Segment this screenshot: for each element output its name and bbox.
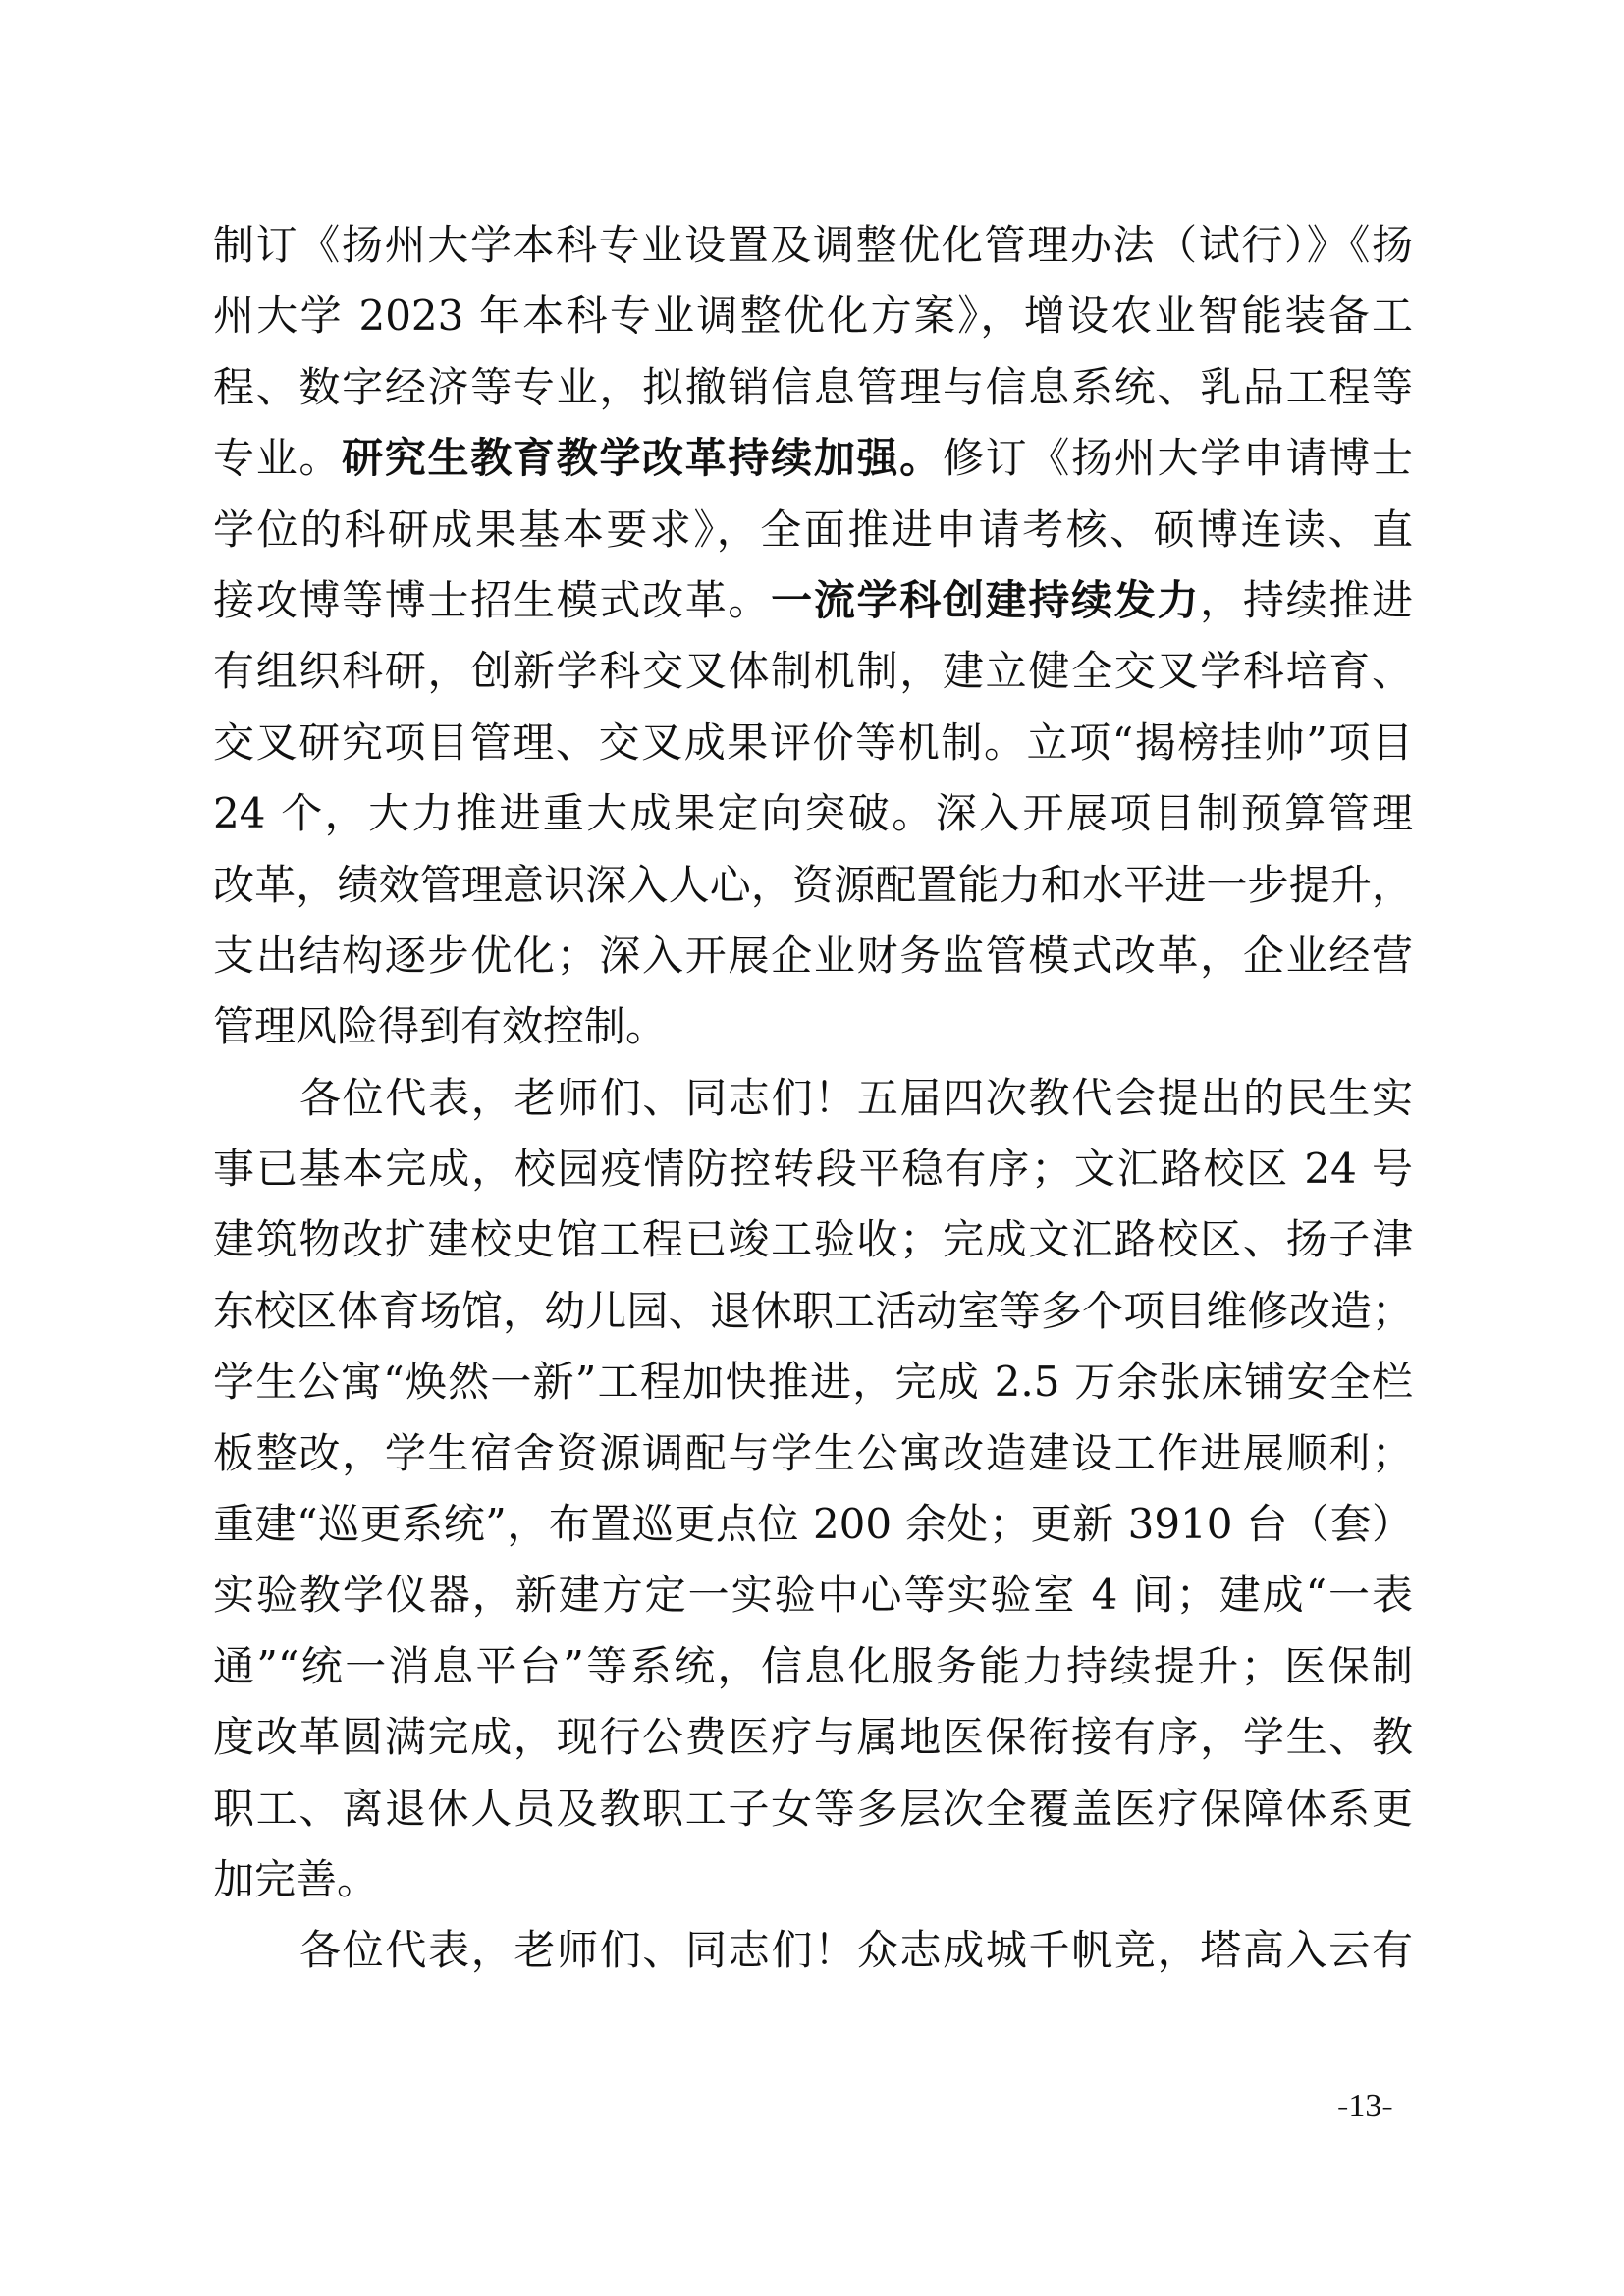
text-segment: 程、数字经济等专业，拟撤销信息管理与信息系统、乳品工程等 [213,363,1413,411]
text-line: 程、数字经济等专业，拟撤销信息管理与信息系统、乳品工程等 [213,352,1413,423]
text-line: 板整改，学生宿舍资源调配与学生公寓改造建设工作进展顺利； [213,1418,1413,1489]
text-line: 东校区体育场馆，幼儿园、退休职工活动室等多个项目维修改造； [213,1276,1413,1347]
text-line: 事已基本完成，校园疫情防控转段平稳有序；文汇路校区 24 号 [213,1134,1413,1204]
text-segment: 有组织科研，创新学科交叉体制机制，建立健全交叉学科培育、 [213,647,1413,695]
text-segment: 支出结构逐步优化；深入开展企业财务监管模式改革，企业经营 [213,932,1413,980]
text-line: 学位的科研成果基本要求》，全面推进申请考核、硕博连读、直 [213,495,1413,565]
text-segment: 管理风险得到有效控制。 [213,1002,667,1050]
text-line: 州大学 2023 年本科专业调整优化方案》，增设农业智能装备工 [213,281,1413,351]
text-segment: 各位代表，老师们、同志们！众志成城千帆竞，塔高入云有 [299,1926,1413,1974]
text-line: 有组织科研，创新学科交叉体制机制，建立健全交叉学科培育、 [213,636,1413,707]
text-segment: 学生公寓“焕然一新”工程加快推进，完成 2.5 万余张床铺安全栏 [213,1358,1413,1406]
text-segment: 制订《扬州大学本科专业设置及调整优化管理办法（试行）》《扬 [213,221,1413,269]
text-segment: 板整改，学生宿舍资源调配与学生公寓改造建设工作进展顺利； [213,1429,1413,1477]
text-line: 交叉研究项目管理、交叉成果评价等机制。立项“揭榜挂帅”项目 [213,708,1413,778]
text-segment: 度改革圆满完成，现行公费医疗与属地医保衔接有序，学生、教 [213,1713,1413,1761]
text-segment: 24 个，大力推进重大成果定向突破。深入开展项目制预算管理 [213,789,1413,837]
text-line: 学生公寓“焕然一新”工程加快推进，完成 2.5 万余张床铺安全栏 [213,1347,1413,1417]
text-line: 制订《扬州大学本科专业设置及调整优化管理办法（试行）》《扬 [213,210,1413,281]
text-line: 支出结构逐步优化；深入开展企业财务监管模式改革，企业经营 [213,921,1413,991]
bold-heading-phrase: 研究生教育教学改革持续加强。 [342,434,943,482]
text-line: 专业。研究生教育教学改革持续加强。修订《扬州大学申请博士 [213,423,1413,494]
text-line: 度改革圆满完成，现行公费医疗与属地医保衔接有序，学生、教 [213,1702,1413,1773]
bold-heading-phrase: 一流学科创建持续发力 [771,576,1200,624]
text-line: 加完善。 [213,1844,1413,1915]
document-page: 制订《扬州大学本科专业设置及调整优化管理办法（试行）》《扬州大学 2023 年本… [0,0,1624,2296]
text-segment: 实验教学仪器，新建方定一实验中心等实验室 4 间；建成“一表 [213,1571,1413,1619]
text-segment: 州大学 2023 年本科专业调整优化方案》，增设农业智能装备工 [213,292,1413,340]
text-segment: 东校区体育场馆，幼儿园、退休职工活动室等多个项目维修改造； [213,1287,1413,1335]
text-line: 管理风险得到有效控制。 [213,991,1413,1062]
text-segment: 通”“统一消息平台”等系统，信息化服务能力持续提升；医保制 [213,1642,1413,1690]
text-line: 职工、离退休人员及教职工子女等多层次全覆盖医疗保障体系更 [213,1774,1413,1844]
text-segment: 修订《扬州大学申请博士 [943,434,1413,482]
text-segment: 事已基本完成，校园疫情防控转段平稳有序；文汇路校区 24 号 [213,1145,1413,1193]
text-segment: 建筑物改扩建校史馆工程已竣工验收；完成文汇路校区、扬子津 [213,1215,1413,1263]
text-line: 改革，绩效管理意识深入人心，资源配置能力和水平进一步提升， [213,850,1413,921]
page-number: -13- [1337,2085,1393,2128]
text-segment: 重建“巡更系统”，布置巡更点位 200 余处；更新 3910 台（套） [213,1500,1413,1548]
text-line: 重建“巡更系统”，布置巡更点位 200 余处；更新 3910 台（套） [213,1489,1413,1560]
text-line: 各位代表，老师们、同志们！五届四次教代会提出的民生实 [213,1063,1413,1134]
text-segment: 改革，绩效管理意识深入人心，资源配置能力和水平进一步提升， [213,861,1413,909]
text-segment: 加完善。 [213,1855,378,1903]
text-line: 建筑物改扩建校史馆工程已竣工验收；完成文汇路校区、扬子津 [213,1204,1413,1275]
text-segment: ，持续推进 [1200,576,1413,624]
text-segment: 各位代表，老师们、同志们！五届四次教代会提出的民生实 [299,1074,1413,1122]
text-line: 各位代表，老师们、同志们！众志成城千帆竞，塔高入云有 [213,1915,1413,1986]
text-line: 24 个，大力推进重大成果定向突破。深入开展项目制预算管理 [213,778,1413,849]
text-segment: 交叉研究项目管理、交叉成果评价等机制。立项“揭榜挂帅”项目 [213,719,1413,767]
text-line: 实验教学仪器，新建方定一实验中心等实验室 4 间；建成“一表 [213,1560,1413,1630]
text-segment: 职工、离退休人员及教职工子女等多层次全覆盖医疗保障体系更 [213,1785,1413,1833]
body-text: 制订《扬州大学本科专业设置及调整优化管理办法（试行）》《扬州大学 2023 年本… [213,210,1413,1987]
text-line: 接攻博等博士招生模式改革。一流学科创建持续发力，持续推进 [213,565,1413,636]
text-segment: 接攻博等博士招生模式改革。 [213,576,771,624]
text-segment: 学位的科研成果基本要求》，全面推进申请考核、硕博连读、直 [213,506,1413,554]
text-line: 通”“统一消息平台”等系统，信息化服务能力持续提升；医保制 [213,1631,1413,1702]
text-segment: 专业。 [213,434,342,482]
